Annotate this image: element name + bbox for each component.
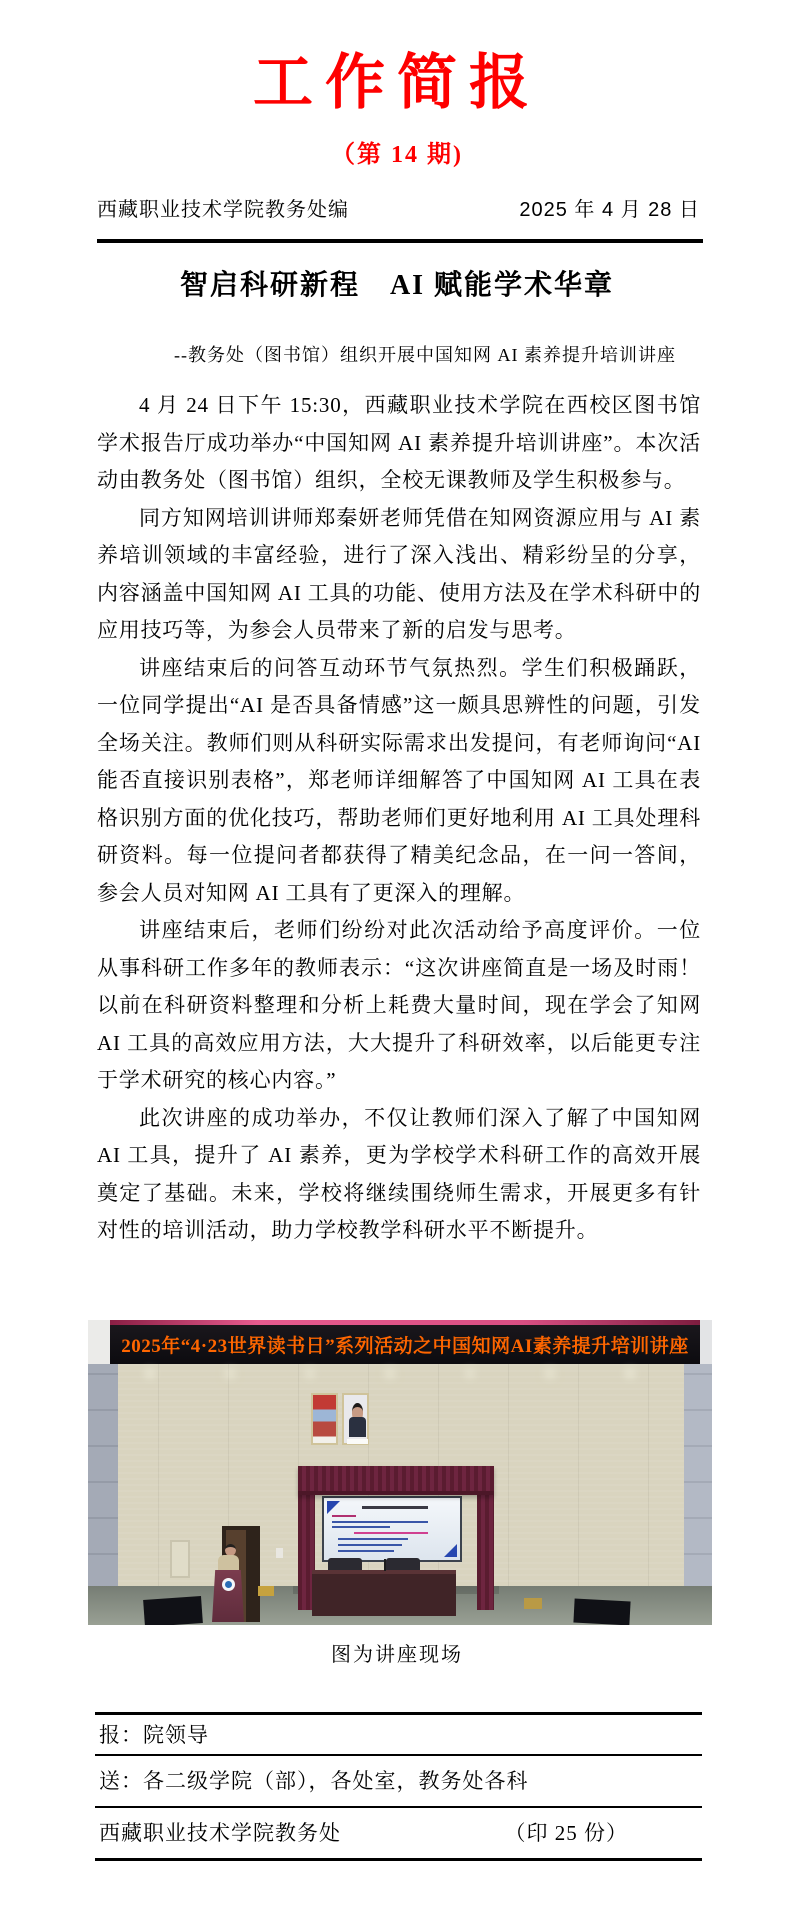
whiteboard [170, 1540, 190, 1578]
speaker-box-left [143, 1596, 203, 1625]
portrait-suit [349, 1417, 366, 1437]
distribution-table: 报：院领导 送：各二级学院（部），各处室，教务处各科 西藏职业技术学院教务处 （… [95, 1712, 702, 1861]
article-title: 智启科研新程 AI 赋能学术华章 [0, 263, 794, 303]
slide-text-line [338, 1538, 408, 1540]
issue-number: （第 14 期) [0, 134, 794, 169]
photo-caption: 图为讲座现场 [0, 1638, 794, 1667]
light-switch [276, 1548, 283, 1558]
speaker-box-right [573, 1599, 630, 1625]
paragraph-3: 讲座结束后的问答互动环节气氛热烈。学生们积极踊跃，一位同学提出“AI 是否具备情… [97, 650, 701, 913]
slide-text-line [332, 1521, 428, 1523]
masthead-meta: 西藏职业技术学院教务处编 2025 年 4 月 28 日 [97, 193, 700, 222]
bulletin-page: 工作简报 （第 14 期) 西藏职业技术学院教务处编 2025 年 4 月 28… [0, 0, 794, 1915]
curtain-valance [298, 1466, 494, 1495]
print-copies: （印 25 份） [505, 1817, 629, 1847]
paragraph-5: 此次讲座的成功举办，不仅让教师们深入了解了中国知网 AI 工具，提升了 AI 素… [97, 1100, 701, 1250]
article-subtitle: --教务处（图书馆）组织开展中国知网 AI 素养提升培训讲座 [0, 341, 794, 367]
lecture-photo: 2025年“4·23世界读书日”系列活动之中国知网AI素养提升培训讲座 [88, 1320, 712, 1625]
slide-text-line [354, 1532, 428, 1534]
slide-text-line [338, 1544, 402, 1546]
projection-screen [322, 1496, 462, 1562]
issuer: 西藏职业技术学院教务处 [99, 1817, 341, 1847]
slide-corner-triangle [327, 1501, 340, 1514]
photo-wall-top-left [88, 1320, 112, 1364]
paragraph-2: 同方知网培训讲师郑秦妍老师凭借在知网资源应用与 AI 素养培训领域的丰富经验，进… [97, 500, 701, 650]
publish-date: 2025 年 4 月 28 日 [519, 193, 700, 222]
slide-text-line [332, 1526, 390, 1528]
wall-sign-right [524, 1598, 542, 1609]
leaders-portrait [311, 1393, 338, 1445]
report-row: 报：院领导 [95, 1712, 702, 1754]
send-row: 送：各二级学院（部），各处室，教务处各科 [95, 1754, 702, 1806]
header-rule [97, 239, 703, 243]
slide-text-line [332, 1515, 356, 1517]
table-microphone [384, 1559, 386, 1571]
editor-label: 西藏职业技术学院教务处编 [97, 193, 349, 222]
slide-text-line [338, 1550, 394, 1552]
lecture-table [312, 1570, 456, 1616]
bulletin-title: 工作简报 [0, 0, 794, 116]
photo-wall-top-right [698, 1320, 712, 1364]
led-banner: 2025年“4·23世界读书日”系列活动之中国知网AI素养提升培训讲座 [110, 1325, 700, 1364]
paragraph-4: 讲座结束后，老师们纷纷对此次活动给予高度评价。一位从事科研工作多年的教师表示：“… [97, 912, 701, 1100]
paragraph-1: 4 月 24 日下午 15:30，西藏职业技术学院在西校区图书馆学术报告厅成功举… [97, 387, 701, 500]
wall-sign-left [258, 1586, 274, 1596]
issuer-row: 西藏职业技术学院教务处 （印 25 份） [95, 1806, 702, 1861]
led-banner-text: 2025年“4·23世界读书日”系列活动之中国知网AI素养提升培训讲座 [121, 1331, 688, 1358]
president-portrait [342, 1393, 369, 1445]
portrait-caption-strip [347, 1439, 368, 1444]
slide-corner-triangle [444, 1544, 457, 1557]
podium-logo [222, 1578, 235, 1591]
slide-title-line [362, 1506, 428, 1509]
article-body: 4 月 24 日下午 15:30，西藏职业技术学院在西校区图书馆学术报告厅成功举… [97, 387, 701, 1250]
podium-logo-emblem [225, 1581, 232, 1588]
